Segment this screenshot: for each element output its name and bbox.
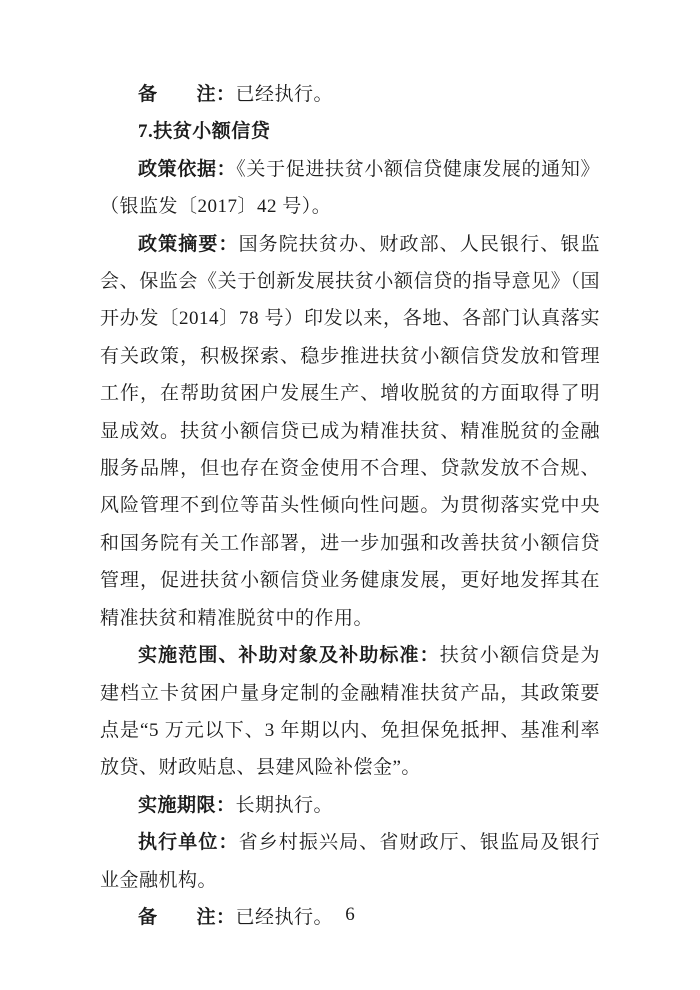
field-label-note-top: 备 注： — [138, 84, 236, 105]
field-value-policy-summary: 国务院扶贫办、财政部、人民银行、银监会、保监会《关于创新发展扶贫小额信贷的指导意… — [100, 234, 600, 629]
field-label-policy-basis: 政策依据： — [138, 159, 236, 180]
paragraph-implementation-period: 实施期限：长期执行。 — [100, 787, 600, 824]
section-heading-text: 7.扶贫小额信贷 — [138, 121, 270, 142]
section-heading: 7.扶贫小额信贷 — [100, 113, 600, 150]
document-body: 备 注：已经执行。 7.扶贫小额信贷 政策依据：《关于促进扶贫小额信贷健康发展的… — [100, 76, 600, 936]
paragraph-note-top: 备 注：已经执行。 — [100, 76, 600, 113]
field-value-note-top: 已经执行。 — [236, 84, 334, 105]
paragraph-policy-summary: 政策摘要：国务院扶贫办、财政部、人民银行、银监会、保监会《关于创新发展扶贫小额信… — [100, 226, 600, 637]
page-number: 6 — [0, 903, 700, 927]
document-page: 备 注：已经执行。 7.扶贫小额信贷 政策依据：《关于促进扶贫小额信贷健康发展的… — [0, 0, 700, 990]
paragraph-executing-unit: 执行单位：省乡村振兴局、省财政厅、银监局及银行业金融机构。 — [100, 824, 600, 899]
paragraph-scope-standard: 实施范围、补助对象及补助标准：扶贫小额信贷是为建档立卡贫困户量身定制的金融精准扶… — [100, 637, 600, 787]
field-label-implementation-period: 实施期限： — [138, 795, 236, 816]
paragraph-policy-basis: 政策依据：《关于促进扶贫小额信贷健康发展的通知》（银监发〔2017〕42 号）。 — [100, 151, 600, 226]
field-label-executing-unit: 执行单位： — [138, 832, 239, 853]
field-label-policy-summary: 政策摘要： — [138, 234, 239, 255]
field-value-implementation-period: 长期执行。 — [236, 795, 334, 816]
field-label-scope-standard: 实施范围、补助对象及补助标准： — [138, 645, 440, 666]
